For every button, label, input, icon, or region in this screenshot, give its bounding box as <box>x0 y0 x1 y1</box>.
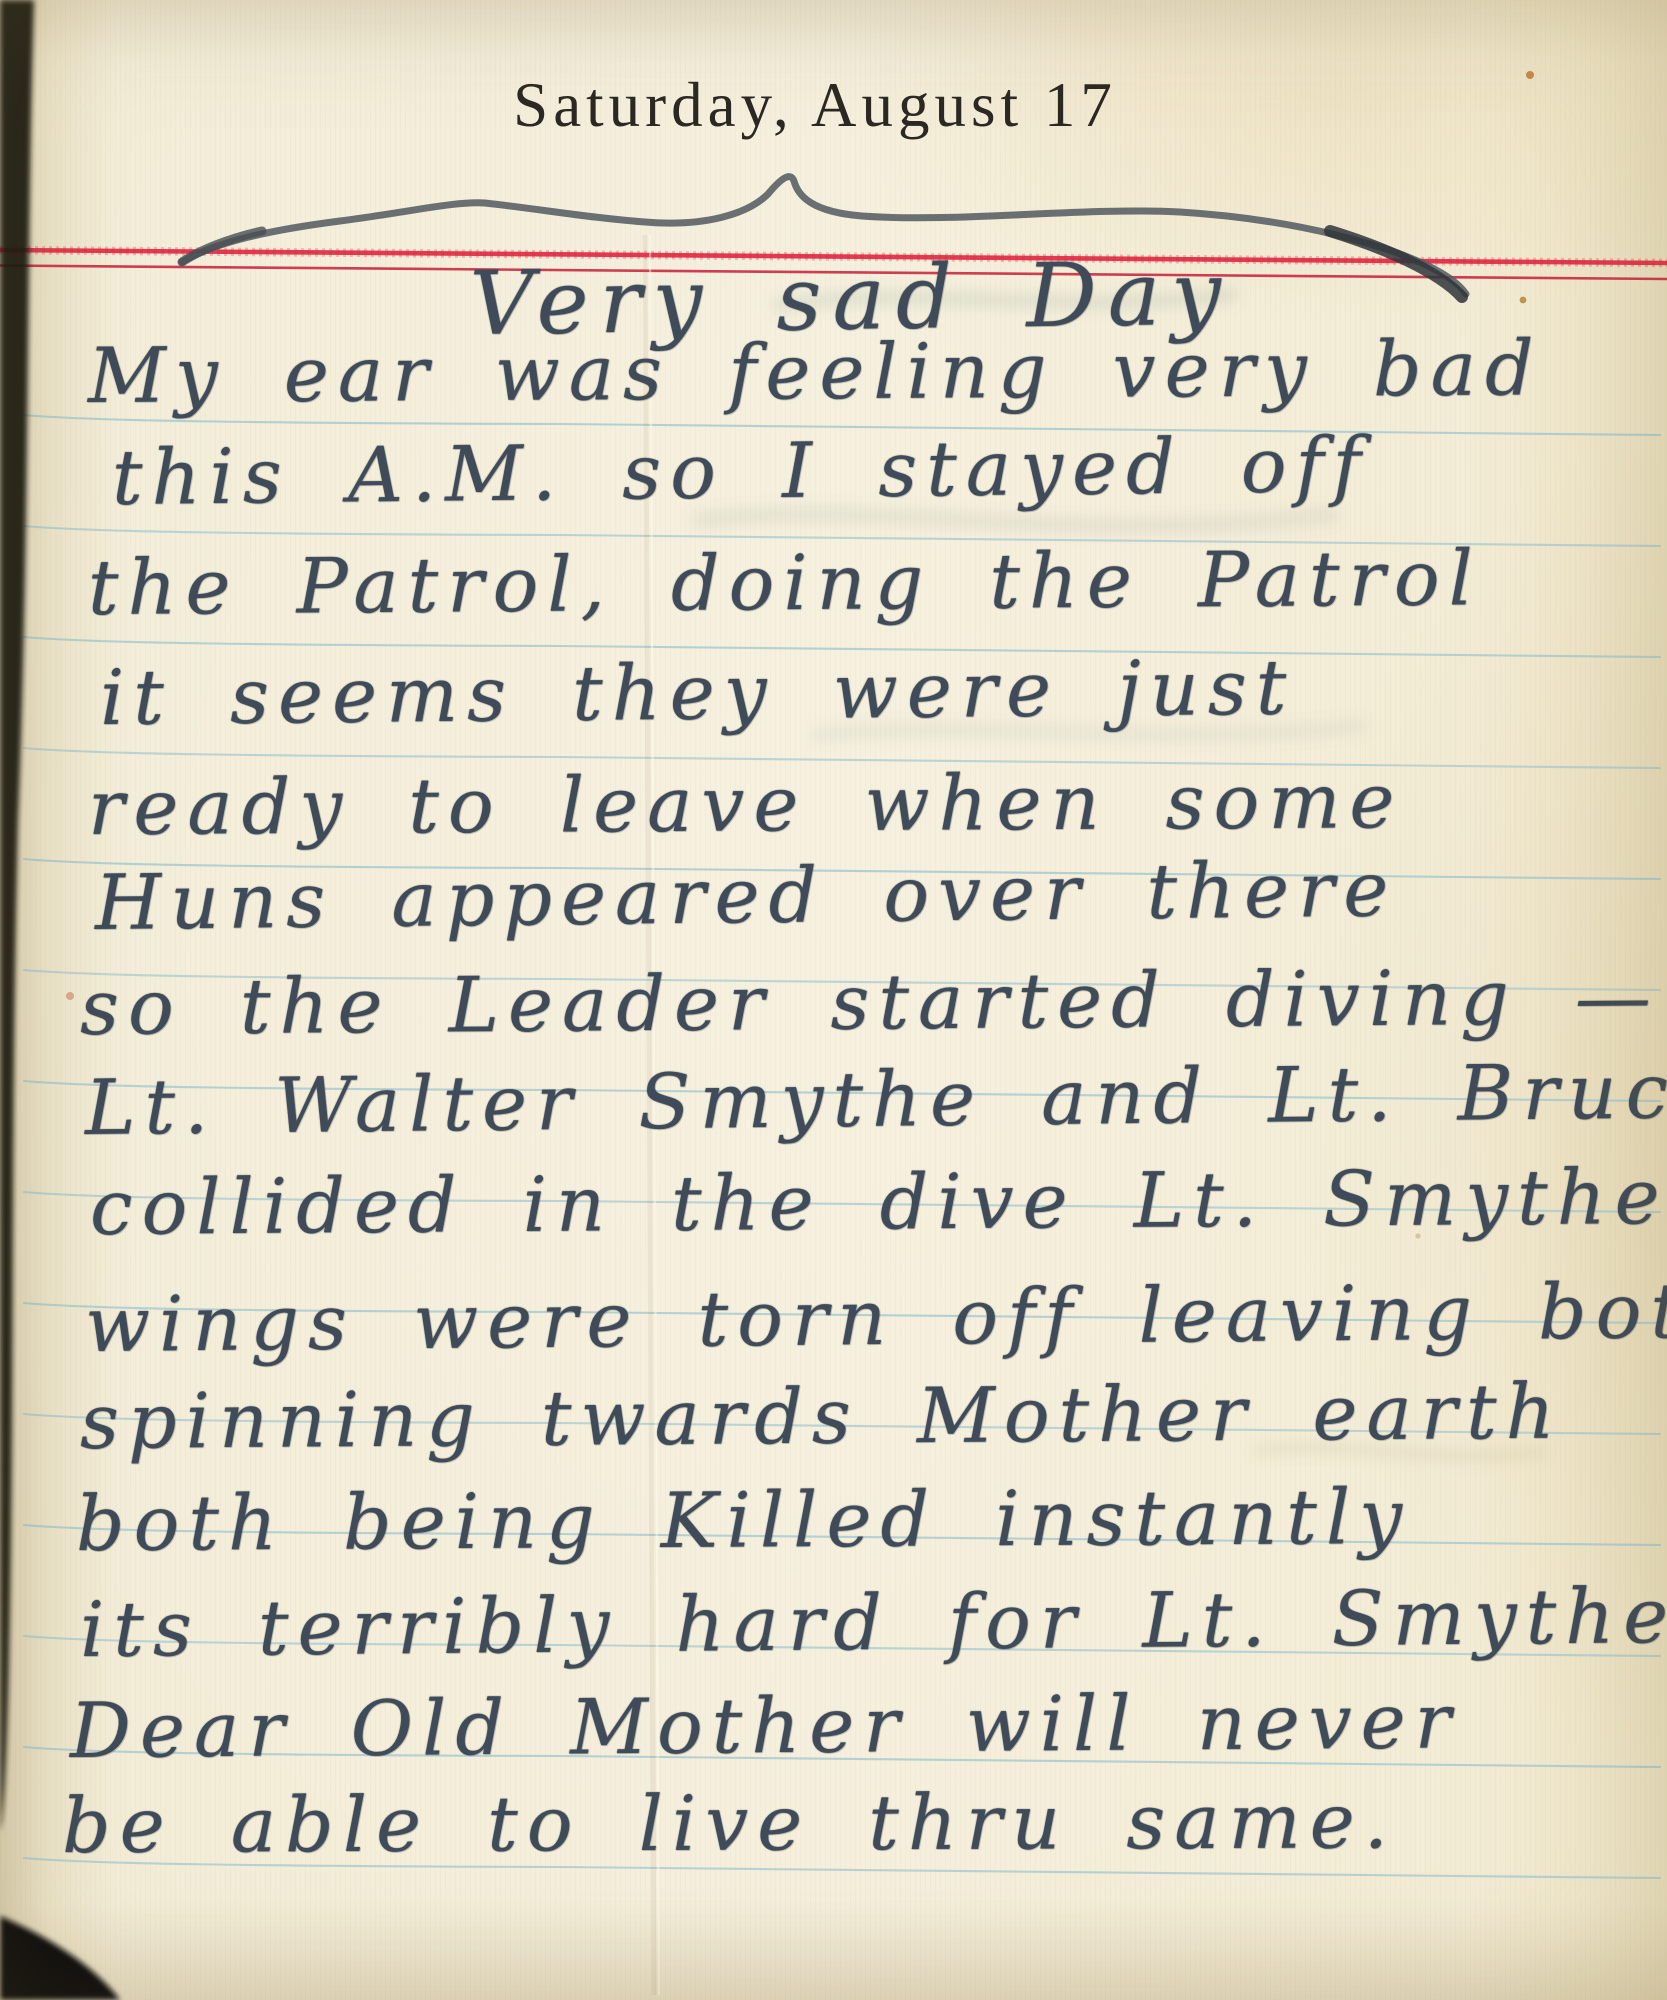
entry-line: it seems they were just <box>100 648 1296 738</box>
entry-line: collided in the dive Lt. Smythe's <box>90 1156 1667 1247</box>
bottom-corner-shadow <box>0 1916 120 2000</box>
diary-page: Saturday, August 17 Very sad Day My ear … <box>0 0 1667 2000</box>
entry-line: wings were torn off leaving both <box>85 1270 1667 1364</box>
printed-date-title: Saturday, August 17 <box>0 74 1630 137</box>
binding-edge-shadow <box>0 0 34 1832</box>
entry-line: its terribly hard for Lt. Smythes <box>80 1576 1667 1670</box>
entry-line: the Patrol, doing the Patrol <box>88 538 1482 628</box>
entry-line: My ear was feeling very bad <box>88 328 1543 415</box>
entry-line: spinning twards Mother earth <box>80 1372 1564 1462</box>
entry-line: ready to leave when some <box>88 761 1404 848</box>
entry-line: Lt. Walter Smythe and Lt. Bruce <box>85 1051 1667 1148</box>
entry-line: be able to live thru same. <box>62 1781 1397 1865</box>
entry-line: so the Leader started diving — <box>80 957 1660 1048</box>
entry-line: this A.M. so I stayed off <box>112 425 1371 518</box>
entry-line: both being Killed instantly <box>76 1477 1411 1564</box>
entry-line: Dear Old Mother will never <box>70 1681 1460 1770</box>
title-flourish-tail <box>182 231 262 262</box>
entry-line: Huns appeared over there <box>95 849 1398 942</box>
